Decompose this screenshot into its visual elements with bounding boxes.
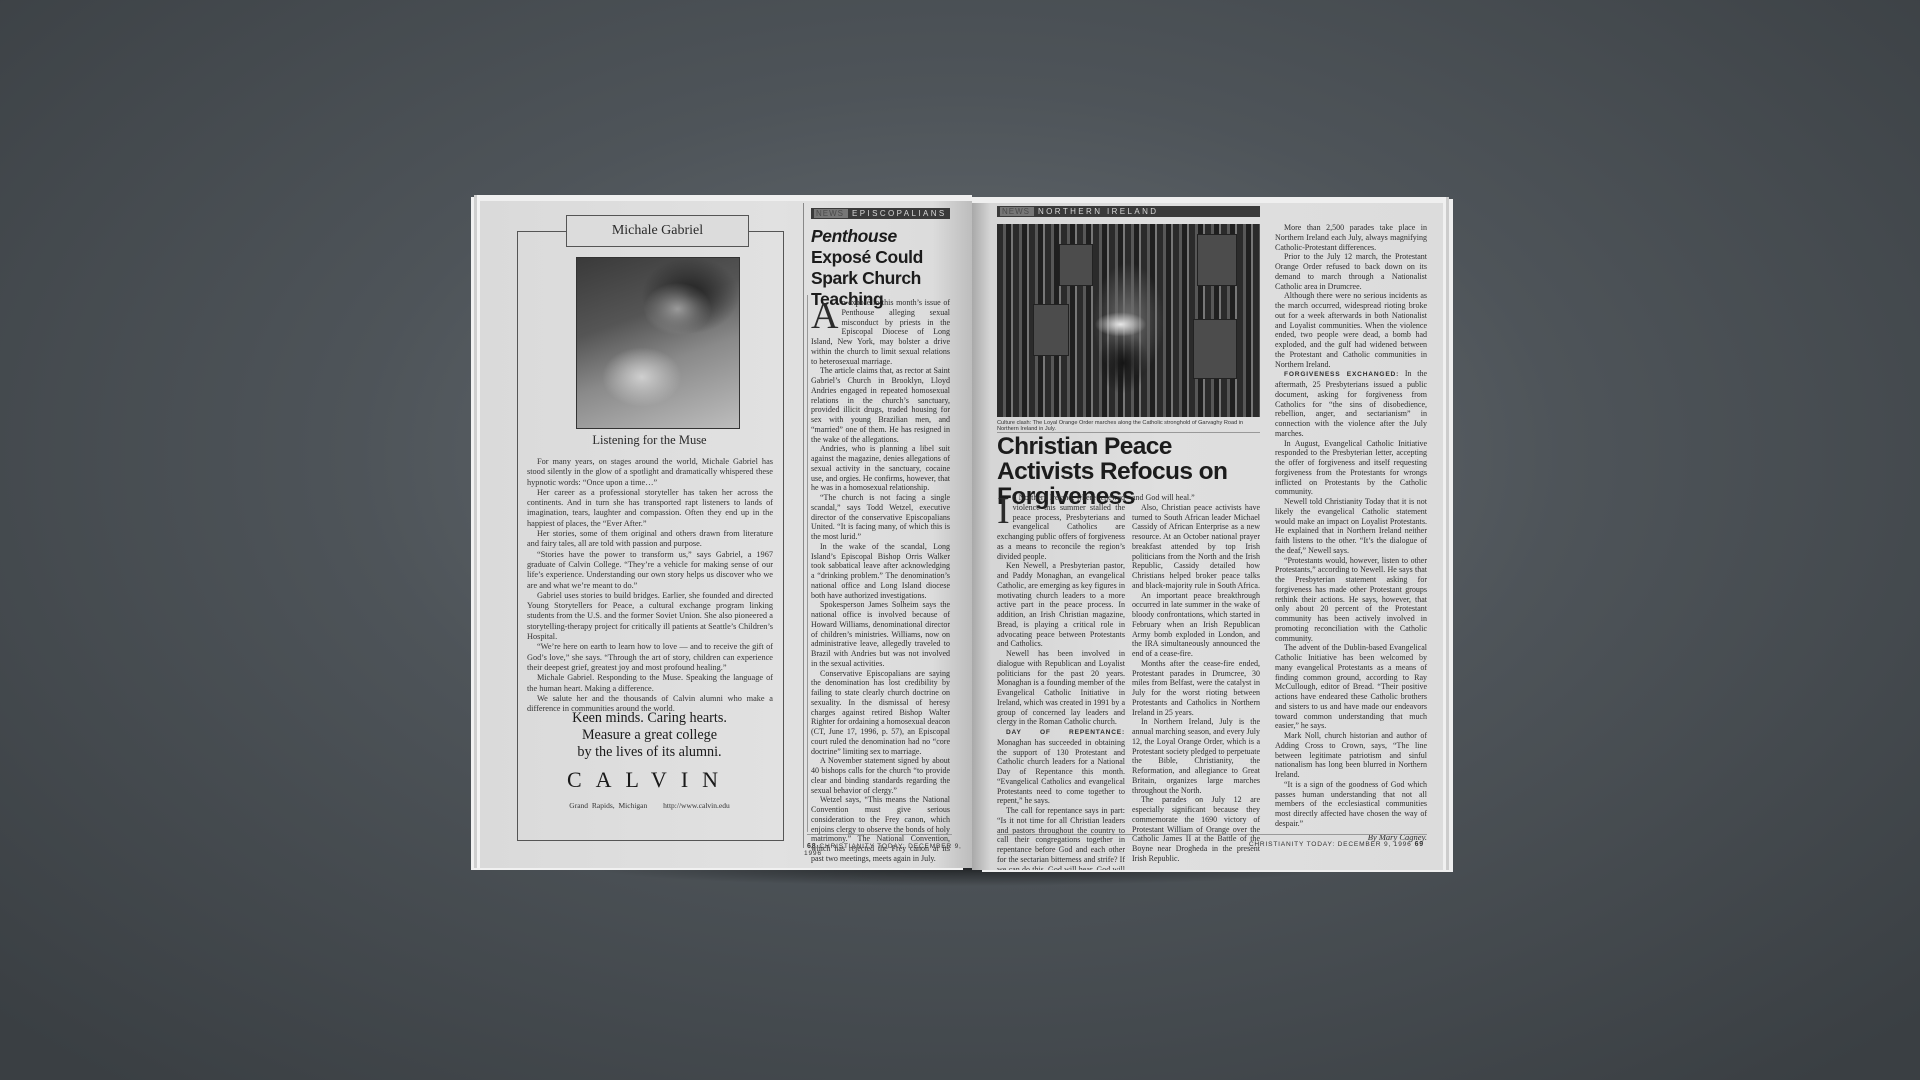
ad-url[interactable]: http://www.calvin.edu [663, 801, 730, 810]
article-paragraph: Ken Newell, a Presbyterian pastor, and P… [997, 561, 1125, 649]
article-paragraph: In August, Evangelical Catholic Initiati… [1275, 439, 1427, 498]
folio-publication: CHRISTIANITY TODAY: DECEMBER 9, 1996 [1249, 841, 1412, 848]
subhead: FORGIVENESS EXCHANGED: [1284, 371, 1399, 378]
article-paragraph: The article claims that, as rector at Sa… [811, 366, 950, 444]
footer-rule [997, 834, 1427, 835]
left-page: Michale Gabriel Listening for the Muse F… [480, 195, 972, 868]
article-paragraph: More than 2,500 parades take place in No… [1275, 223, 1427, 252]
ad-slogan-line: by the lives of its alumni. [517, 744, 782, 761]
article-paragraph: Spokesperson James Solheim says the nati… [811, 600, 950, 668]
ad-slogan: Keen minds. Caring hearts. Measure a gre… [517, 710, 782, 761]
ad-slogan-line: Measure a great college [517, 727, 782, 744]
kicker-section: NEWS [814, 209, 848, 218]
article-paragraph: Mark Noll, church historian and author o… [1275, 731, 1427, 780]
article-paragraph: In Northern Ireland, where renewed viole… [997, 493, 1125, 561]
kicker-episcopalians: NEWSEPISCOPALIANS [811, 208, 950, 219]
page-number: 68 [807, 843, 816, 850]
page-edge [480, 195, 972, 201]
article-paragraph: “The church is not facing a single scand… [811, 493, 950, 542]
article-paragraph: Andries, who is planning a libel suit ag… [811, 444, 950, 493]
page-number: 69 [1415, 841, 1424, 848]
ad-paragraph: “Stories have the power to transform us,… [527, 550, 773, 591]
article-paragraph: FORGIVENESS EXCHANGED: In the aftermath,… [1275, 369, 1427, 438]
photo-caption: Culture clash: The Loyal Orange Order ma… [997, 420, 1260, 432]
sidebar-rule [807, 295, 808, 832]
ad-subtitle: Listening for the Muse [517, 433, 782, 448]
kicker-northern-ireland: NEWSNORTHERN IRELAND [997, 206, 1260, 217]
article-column-2: and God will heal.” Also, Christian peac… [1132, 493, 1260, 864]
ad-slogan-line: Keen minds. Caring hearts. [517, 710, 782, 727]
calvin-logo: CALVIN [517, 767, 782, 793]
parade-photo [997, 224, 1260, 417]
article-paragraph: Conservative Episcopalians are saying th… [811, 669, 950, 757]
ad-paragraph: Michale Gabriel. Responding to the Muse.… [527, 673, 773, 694]
ad-paragraph: For many years, on stages around the wor… [527, 457, 773, 488]
article-paragraph: In Northern Ireland, July is the annual … [1132, 717, 1260, 795]
article-paragraph: Newell has been involved in dialogue wit… [997, 649, 1125, 727]
photo-vehicle [1059, 244, 1093, 286]
ad-paragraph: Her stories, some of them original and o… [527, 529, 773, 550]
ad-footer: Grand Rapids, Michigan http://www.calvin… [517, 801, 782, 810]
article-paragraph: “It is a sign of the goodness of God whi… [1275, 780, 1427, 829]
ad-paragraph: Her career as a professional storyteller… [527, 488, 773, 529]
folio-right: CHRISTIANITY TODAY: DECEMBER 9, 199669 [1249, 841, 1427, 848]
kicker-section: NEWS [1000, 207, 1034, 216]
folio-publication: CHRISTIANITY TODAY: DECEMBER 9, 1996 [804, 843, 962, 857]
dropcap: I [997, 495, 1010, 527]
article-body: An exposé in this month’s issue of Penth… [811, 298, 950, 868]
kicker-topic: NORTHERN IRELAND [1038, 207, 1159, 216]
article-paragraph: An exposé in this month’s issue of Penth… [811, 298, 950, 366]
ad-paragraph: Gabriel uses stories to build bridges. E… [527, 591, 773, 642]
folio-left: 68CHRISTIANITY TODAY: DECEMBER 9, 1996 [804, 843, 972, 857]
kicker-topic: EPISCOPALIANS [852, 209, 947, 218]
article-paragraph: Months after the cease-fire ended, Prote… [1132, 659, 1260, 718]
dropcap: A [811, 300, 838, 332]
ad-photo [576, 257, 740, 429]
subhead: DAY OF REPENTANCE: [1006, 729, 1125, 736]
ad-name-box: Michale Gabriel [566, 215, 749, 247]
photo-vehicle [1193, 319, 1237, 379]
article-paragraph: Prior to the July 12 march, the Protesta… [1275, 252, 1427, 291]
article-paragraph: Newell told Christianity Today that it i… [1275, 497, 1427, 556]
article-paragraph: The call for repentance says in part: “I… [997, 806, 1125, 870]
ad-paragraph: “We’re here on earth to learn how to lov… [527, 642, 773, 673]
byline: By Ted Olsen. [811, 868, 950, 869]
box-bottom-rule [807, 834, 952, 835]
article-paragraph: The parades on July 12 are especially si… [1132, 795, 1260, 863]
right-page: NEWSNORTHERN IRELAND Culture clash: The … [972, 197, 1443, 870]
article-paragraph: An important peace breakthrough occurred… [1132, 591, 1260, 659]
article-column-1: In Northern Ireland, where renewed viole… [997, 493, 1125, 870]
article-paragraph: In the wake of the scandal, Long Island’… [811, 542, 950, 601]
column-divider [803, 203, 804, 848]
page-edge [972, 197, 1443, 203]
article-paragraph: A November statement signed by about 40 … [811, 756, 950, 795]
article-paragraph: DAY OF REPENTANCE: Monaghan has succeede… [997, 727, 1125, 806]
article-paragraph: Although there were no serious incidents… [1275, 291, 1427, 369]
ad-location: Grand Rapids, Michigan [569, 801, 647, 810]
article-paragraph: and God will heal.” [1132, 493, 1260, 503]
headline-italic: Penthouse [811, 226, 897, 246]
photo-vehicle [1197, 234, 1237, 286]
article-column-3: More than 2,500 parades take place in No… [1275, 223, 1427, 842]
article-paragraph: The advent of the Dublin-based Evangelic… [1275, 643, 1427, 731]
article-paragraph: “Protestants would, however, listen to o… [1275, 556, 1427, 644]
photo-vehicle [1033, 304, 1069, 356]
ad-body: For many years, on stages around the wor… [527, 457, 773, 714]
article-paragraph: Also, Christian peace activists have tur… [1132, 503, 1260, 591]
